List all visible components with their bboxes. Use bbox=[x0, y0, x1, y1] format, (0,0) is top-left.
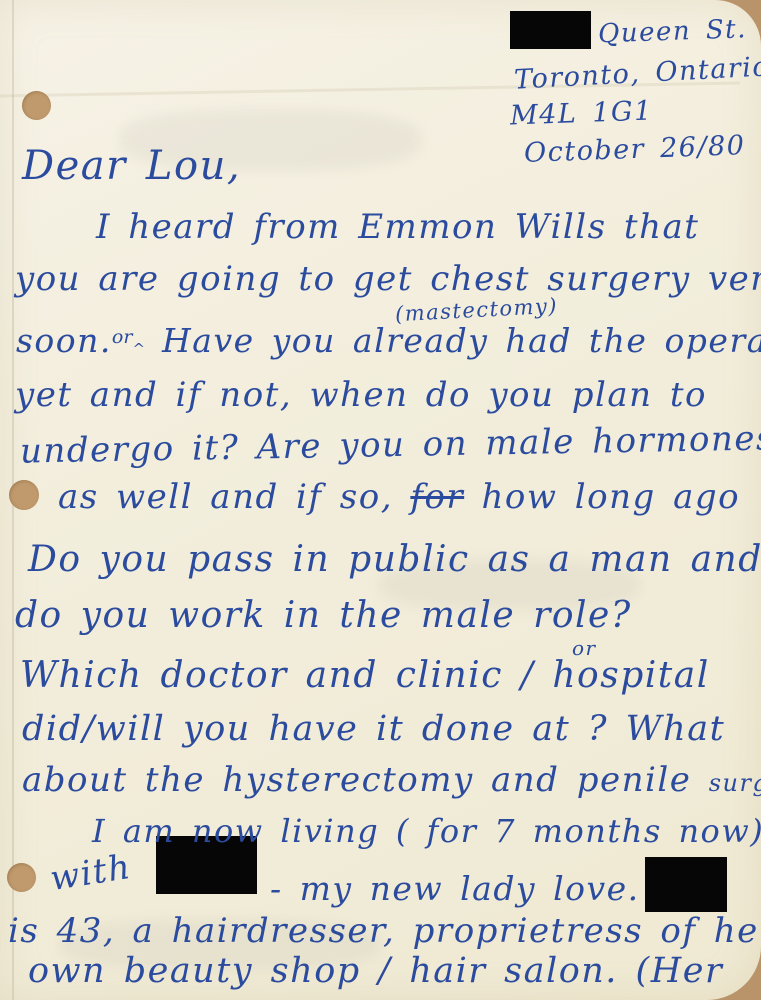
body-line-6-end: how long ago ? bbox=[481, 477, 761, 517]
address-postal-code: M4L 1G1 bbox=[510, 98, 654, 130]
body-line-3: soon.or^ Have you already had the operat… bbox=[16, 324, 761, 357]
body-line-6-start: as well and if so, bbox=[58, 477, 393, 517]
scanned-letter: Queen St. E. Toronto, Ontario M4L 1G1 Oc… bbox=[0, 0, 761, 1000]
letter-date: October 26/80 bbox=[524, 132, 746, 167]
body-line-4: yet and if not, when do you plan to bbox=[15, 378, 707, 412]
body-line-1: I heard from Emmon Wills that bbox=[96, 210, 699, 244]
body-line-3-start: soon. bbox=[16, 321, 112, 360]
inserted-or-note: or bbox=[112, 326, 133, 348]
redaction-box-name-2 bbox=[645, 857, 727, 912]
caret-mark: ^ bbox=[132, 340, 145, 358]
body-line-9: Which doctor and clinic / hospital bbox=[20, 658, 710, 694]
struck-word: for bbox=[410, 477, 464, 517]
redaction-box-address bbox=[510, 11, 591, 49]
body-line-11-small: surgery? bbox=[709, 769, 761, 797]
body-line-13-end: - my new lady love. bbox=[270, 872, 640, 905]
body-line-7: Do you pass in public as a man and bbox=[28, 542, 761, 578]
body-line-14: is 43, a hairdresser, proprietress of he… bbox=[8, 914, 761, 948]
body-line-11: about the hysterectomy and penile surger… bbox=[22, 763, 761, 797]
salutation: Dear Lou, bbox=[22, 146, 241, 186]
address-street: Queen St. E. bbox=[598, 15, 761, 48]
body-line-3-rest: Have you already had the operation bbox=[162, 321, 761, 360]
punch-hole bbox=[22, 91, 51, 120]
punch-hole bbox=[7, 863, 36, 892]
body-line-6: as well and if so, for how long ago ? bbox=[58, 480, 761, 514]
punch-hole bbox=[9, 480, 39, 510]
body-line-12: I am now living ( for 7 months now) bbox=[92, 815, 761, 847]
body-line-10: did/will you have it done at ? What bbox=[22, 712, 725, 747]
body-line-15: own beauty shop / hair salon. (Her bbox=[28, 954, 723, 989]
body-line-11-main: about the hysterectomy and penile bbox=[22, 760, 691, 800]
body-line-8: do you work in the male role? bbox=[15, 598, 632, 634]
body-line-2: you are going to get chest surgery very bbox=[15, 262, 761, 296]
